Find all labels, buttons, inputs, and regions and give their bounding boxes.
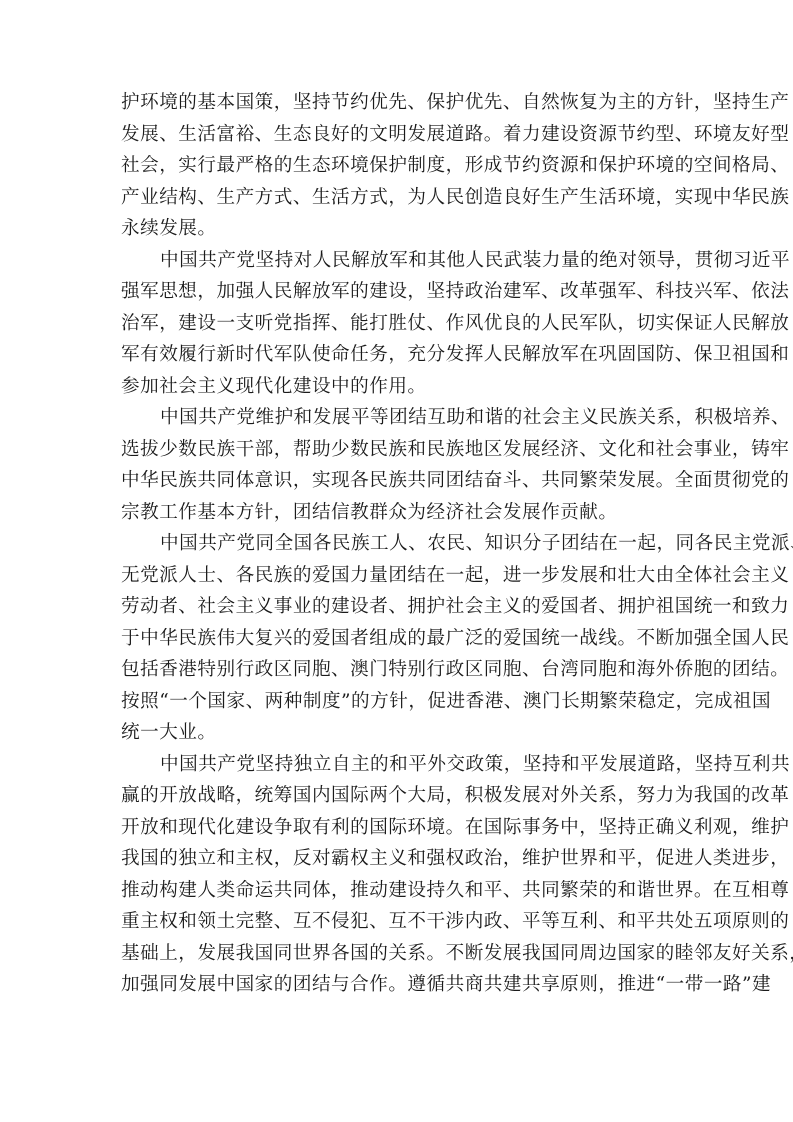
text-line: 无党派人士、各民族的爱国力量团结在一起，进一步发展和壮大由全体社会主义 xyxy=(121,560,673,592)
text-line: 中国共产党坚持独立自主的和平外交政策，坚持和平发展道路，坚持互利共 xyxy=(121,749,673,781)
text-line: 治军，建设一支听党指挥、能打胜仗、作风优良的人民军队，切实保证人民解放 xyxy=(121,308,673,340)
text-line: 中国共产党维护和发展平等团结互助和谐的社会主义民族关系，积极培养、 xyxy=(121,402,673,434)
text-line: 中国共产党坚持对人民解放军和其他人民武装力量的绝对领导，贯彻习近平 xyxy=(121,245,673,277)
paragraph-ethnic-relations: 中国共产党维护和发展平等团结互助和谐的社会主义民族关系，积极培养、 选拔少数民族… xyxy=(121,402,673,528)
text-line: 中华民族共同体意识，实现各民族共同团结奋斗、共同繁荣发展。全面贯彻党的 xyxy=(121,465,673,497)
text-line: 发展、生活富裕、生态良好的文明发展道路。着力建设资源节约型、环境友好型 xyxy=(121,119,673,151)
text-line: 于中华民族伟大复兴的爱国者组成的最广泛的爱国统一战线。不断加强全国人民 xyxy=(121,623,673,655)
text-line: 开放和现代化建设争取有利的国际环境。在国际事务中，坚持正确义利观，维护 xyxy=(121,812,673,844)
text-line: 加强同发展中国家的团结与合作。遵循共商共建共享原则，推进“一带一路”建 xyxy=(121,969,673,1001)
text-line: 基础上，发展我国同世界各国的关系。不断发展我国同周边国家的睦邻友好关系， xyxy=(121,938,673,970)
text-line: 社会，实行最严格的生态环境保护制度，形成节约资源和保护环境的空间格局、 xyxy=(121,150,673,182)
text-line: 劳动者、社会主义事业的建设者、拥护社会主义的爱国者、拥护祖国统一和致力 xyxy=(121,591,673,623)
text-line: 推动构建人类命运共同体，推动建设持久和平、共同繁荣的和谐世界。在互相尊 xyxy=(121,875,673,907)
text-line: 重主权和领土完整、互不侵犯、互不干涉内政、平等互利、和平共处五项原则的 xyxy=(121,906,673,938)
text-line: 军有效履行新时代军队使命任务，充分发挥人民解放军在巩固国防、保卫祖国和 xyxy=(121,339,673,371)
text-line: 护环境的基本国策，坚持节约优先、保护优先、自然恢复为主的方针，坚持生产 xyxy=(121,87,673,119)
text-line: 永续发展。 xyxy=(121,213,673,245)
paragraph-military: 中国共产党坚持对人民解放军和其他人民武装力量的绝对领导，贯彻习近平 强军思想，加… xyxy=(121,245,673,403)
text-line: 选拔少数民族干部，帮助少数民族和民族地区发展经济、文化和社会事业，铸牢 xyxy=(121,434,673,466)
text-line: 强军思想，加强人民解放军的建设，坚持政治建军、改革强军、科技兴军、依法 xyxy=(121,276,673,308)
paragraph-united-front: 中国共产党同全国各民族工人、农民、知识分子团结在一起，同各民主党派、 无党派人士… xyxy=(121,528,673,749)
text-line: 按照“一个国家、两种制度”的方针，促进香港、澳门长期繁荣稳定，完成祖国 xyxy=(121,686,673,718)
text-line: 产业结构、生产方式、生活方式，为人民创造良好生产生活环境，实现中华民族 xyxy=(121,182,673,214)
text-line: 统一大业。 xyxy=(121,717,673,749)
text-line: 中国共产党同全国各民族工人、农民、知识分子团结在一起，同各民主党派、 xyxy=(121,528,673,560)
text-line: 参加社会主义现代化建设中的作用。 xyxy=(121,371,673,403)
text-line: 赢的开放战略，统筹国内国际两个大局，积极发展对外关系，努力为我国的改革 xyxy=(121,780,673,812)
paragraph-environment: 护环境的基本国策，坚持节约优先、保护优先、自然恢复为主的方针，坚持生产 发展、生… xyxy=(121,87,673,245)
text-line: 我国的独立和主权，反对霸权主义和强权政治，维护世界和平，促进人类进步， xyxy=(121,843,673,875)
document-page: 护环境的基本国策，坚持节约优先、保护优先、自然恢复为主的方针，坚持生产 发展、生… xyxy=(121,87,673,1001)
text-line: 宗教工作基本方针，团结信教群众为经济社会发展作贡献。 xyxy=(121,497,673,529)
text-line: 包括香港特别行政区同胞、澳门特别行政区同胞、台湾同胞和海外侨胞的团结。 xyxy=(121,654,673,686)
paragraph-foreign-policy: 中国共产党坚持独立自主的和平外交政策，坚持和平发展道路，坚持互利共 赢的开放战略… xyxy=(121,749,673,1001)
